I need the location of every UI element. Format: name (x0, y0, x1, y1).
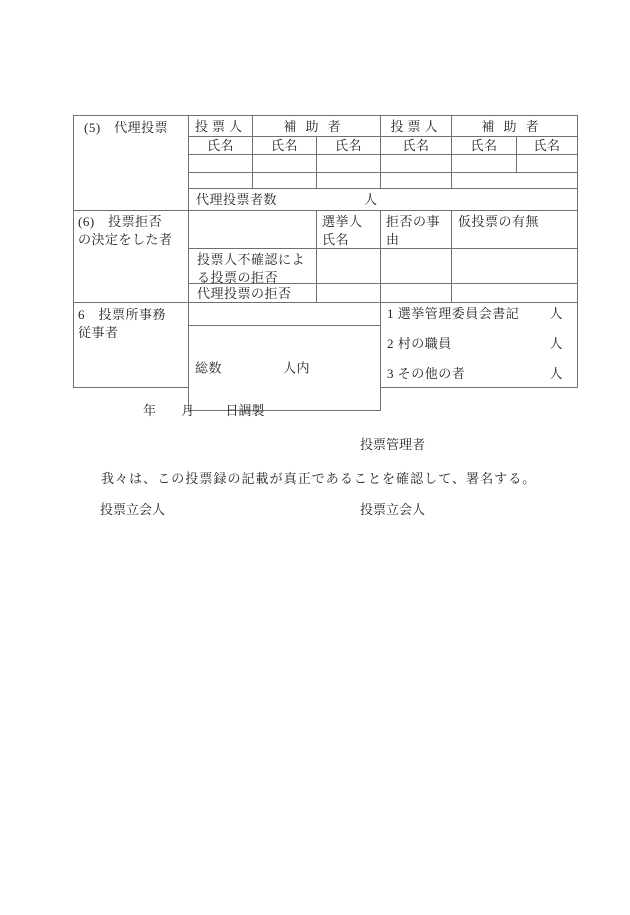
section5-name-entry-cell (188, 154, 253, 173)
section5-name-entry-cell (516, 154, 578, 173)
staff-item-label: 3 その他の者 (387, 367, 465, 381)
preparation-date-line: 年 月 日調製 (143, 403, 265, 418)
section6-col-elector-name: 選挙人 氏名 (316, 210, 381, 249)
section6-entry-cell (316, 248, 381, 284)
staff-breakdown-cell: 1 選挙管理委員会書記 人 2 村の職員 人 3 その他の者 人 (380, 302, 578, 388)
section6-entry-cell (380, 283, 452, 303)
date-year-label: 年 (143, 403, 156, 418)
section6-header-blank-cell (188, 210, 317, 249)
form-table: (5) 代理投票 投票人 補助者 投票人 補助者 氏名 氏名 氏名 氏名 氏名 … (73, 115, 578, 388)
section5-row-label: (5) 代理投票 (73, 115, 189, 211)
section5-header-voter-1: 投票人 (188, 115, 253, 137)
staff-item-unit: 人 (549, 307, 563, 321)
section5-name-entry-cell (252, 172, 317, 189)
section5-name-entry-cell (188, 172, 253, 189)
staff-item-unit: 人 (549, 367, 563, 381)
staff-item-committee-clerk: 1 選挙管理委員会書記 人 (387, 307, 563, 321)
staff-item-label: 2 村の職員 (387, 337, 452, 351)
section6-row-label: (6) 投票拒否 の決定をした者 (73, 210, 189, 303)
section5-name-header-1: 氏名 (188, 136, 253, 155)
section6-row-unconfirmed-label: 投票人不確認によ る投票の拒否 (188, 248, 317, 284)
witness-signature-label-left: 投票立会人 (100, 502, 165, 517)
section5-name-entry-cell (380, 154, 452, 173)
voting-manager-signature-label: 投票管理者 (360, 437, 425, 452)
staff-item-label: 1 選挙管理委員会書記 (387, 307, 519, 321)
staff-item-unit: 人 (549, 337, 563, 351)
section6-entry-cell (451, 248, 578, 284)
section5-header-voter-2: 投票人 (380, 115, 452, 137)
section5-name-entry-cell (380, 172, 452, 189)
witness-signature-label-right: 投票立会人 (360, 502, 425, 517)
staff-item-village-employee: 2 村の職員 人 (387, 337, 563, 351)
section5-name-header-4: 氏名 (380, 136, 452, 155)
section6-entry-cell (451, 283, 578, 303)
section6-col-refusal-reason: 拒否の事 由 (380, 210, 452, 249)
date-month-label: 月 (181, 403, 194, 418)
section6-row-proxy-refusal-label: 代理投票の拒否 (188, 283, 317, 303)
section5-name-entry-cell (316, 172, 381, 189)
section7-row-label: 6 投票所事務 従事者 (73, 302, 189, 388)
section5-header-assistant-1: 補助者 (252, 115, 381, 137)
section5-name-entry-cell (252, 154, 317, 173)
proxy-voter-count-row: 代理投票者数 人 (188, 188, 578, 211)
attestation-sentence: 我々は、この投票録の記載が真正であることを確認して、署名する。 (101, 471, 536, 486)
proxy-voter-count-unit: 人 (364, 189, 378, 210)
staff-item-other: 3 その他の者 人 (387, 367, 563, 381)
section5-name-header-2: 氏名 (252, 136, 317, 155)
voting-record-document: (5) 代理投票 投票人 補助者 投票人 補助者 氏名 氏名 氏名 氏名 氏名 … (0, 0, 630, 915)
section6-entry-cell (316, 283, 381, 303)
section5-header-assistant-2: 補助者 (451, 115, 578, 137)
staff-total-unit: 人内 (283, 360, 310, 377)
section6-entry-cell (380, 248, 452, 284)
section5-name-header-3: 氏名 (316, 136, 381, 155)
section5-name-entry-cell (316, 154, 381, 173)
proxy-voter-count-label: 代理投票者数 (196, 192, 277, 207)
staff-total-label: 総数 (195, 360, 222, 377)
section5-name-header-5: 氏名 (451, 136, 517, 155)
section5-name-entry-cell (451, 154, 517, 173)
date-day-label: 日調製 (226, 403, 265, 418)
section6-col-provisional-vote: 仮投票の有無 (451, 210, 578, 249)
section5-name-entry-cell-merged (451, 172, 578, 189)
section5-name-header-6: 氏名 (516, 136, 578, 155)
staff-total-cell: 総数 人内 (188, 325, 381, 411)
